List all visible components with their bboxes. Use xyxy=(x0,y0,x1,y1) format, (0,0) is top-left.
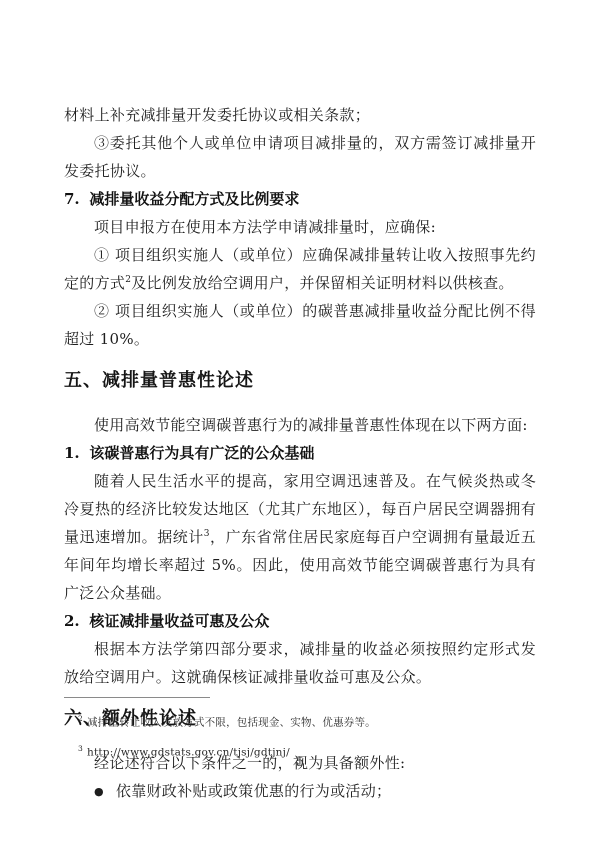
paragraph-circle2: ② 项目组织实施人（或单位）的碳普惠减排量收益分配比例不得超过 10%。 xyxy=(64,297,536,353)
paragraph-declare: 项目申报方在使用本方法学申请减排量时，应确保: xyxy=(64,213,536,241)
heading-7: 7.减排量收益分配方式及比例要求 xyxy=(64,185,536,213)
footnote-2-marker: 2 xyxy=(78,714,83,723)
paragraph-intro5: 使用高效节能空调碳普惠行为的减排量普惠性体现在以下两方面: xyxy=(64,411,536,439)
heading-5-2-text: 核证减排量收益可惠及公众 xyxy=(89,612,269,630)
heading-5-1-number: 1. xyxy=(64,444,80,462)
heading-5-2-number: 2. xyxy=(64,612,80,630)
bullet-item-text: 依靠财政补贴或政策优惠的行为或活动； xyxy=(116,782,391,800)
footnote-2: 2减排量转让收入发放方式不限，包括现金、实物、优惠券等。 xyxy=(64,706,536,736)
paragraph-5-1: 随着人民生活水平的提高，家用空调迅速普及。在气候炎热或冬冷夏热的经济比较发达地区… xyxy=(64,467,536,607)
heading-5-1-text: 该碳普惠行为具有广泛的公众基础 xyxy=(89,444,314,462)
paragraph-circle1: ① 项目组织实施人（或单位）应确保减排量转让收入按照事先约定的方式2及比例发放给… xyxy=(64,241,536,297)
section-heading-5: 五、减排量普惠性论述 xyxy=(64,368,536,394)
heading-7-number: 7. xyxy=(64,190,80,208)
footnote-2-text: 减排量转让收入发放方式不限，包括现金、实物、优惠券等。 xyxy=(87,717,376,729)
heading-5-1: 1.该碳普惠行为具有广泛的公众基础 xyxy=(64,439,536,467)
paragraph-item3: ③委托其他个人或单位申请项目减排量的，双方需签订减排量开发委托协议。 xyxy=(64,129,536,185)
document-page: 材料上补充减排量开发委托协议或相关条款； ③委托其他个人或单位申请项目减排量的，… xyxy=(0,0,600,848)
paragraph-circle1-post: 及比例发放给空调用户，并保留相关证明材料以供核查。 xyxy=(131,274,514,292)
heading-7-text: 减排量收益分配方式及比例要求 xyxy=(89,190,299,208)
paragraph-continuation: 材料上补充减排量开发委托协议或相关条款； xyxy=(64,101,536,129)
bullet-item: ●依靠财政补贴或政策优惠的行为或活动； xyxy=(64,777,536,806)
footnote-3-marker: 3 xyxy=(78,744,83,753)
heading-5-2: 2.核证减排量收益可惠及公众 xyxy=(64,607,536,635)
page-number: 5 xyxy=(0,755,600,770)
footnote-divider xyxy=(64,697,210,698)
bullet-icon: ● xyxy=(94,785,104,798)
paragraph-5-2: 根据本方法学第四部分要求，减排量的收益必须按照约定形式发放给空调用户。这就确保核… xyxy=(64,635,536,691)
